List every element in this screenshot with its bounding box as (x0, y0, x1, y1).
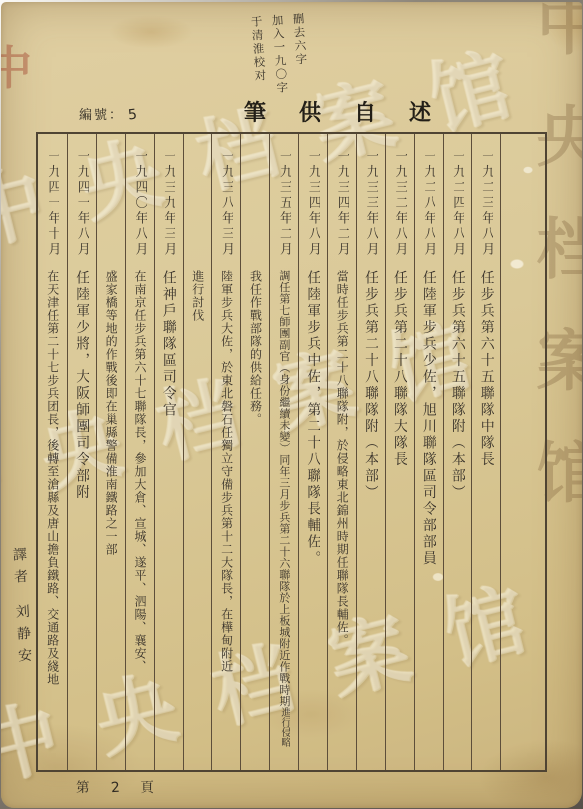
entry-column: 一九三四年八月任陸軍步兵中佐，第二十八聯隊長輔佐。 (298, 134, 327, 770)
entry-column: 一九四一年八月任陸軍少將，大阪師團司令部附 (67, 134, 96, 770)
entry-column-insert: 盛家橋等地的作戰後即在巢縣警備淮南鐵路之一部 (96, 134, 125, 770)
page-suffix: 頁 (140, 776, 154, 796)
entry-column: 一九三八年三月陸軍步兵大佐，於東北磐石任獨立守備步兵第十二大隊長，在樺甸附近 (211, 134, 240, 770)
entry-date: 一九四〇年八月 (133, 149, 147, 258)
entry-column: 一九二四年八月任步兵第六十五聯隊附（本部） (443, 134, 472, 770)
entry-text: 調任第七師團副官（身份繼續未變）同年三月步兵第二十六聯隊於上板城附近作戰時期進行… (278, 270, 290, 747)
entry-text: 任陸軍步兵中佐，第二十八聯隊長輔佐。 (306, 270, 321, 567)
entry-text: 任陸軍步兵少佐，旭川聯隊區司令部部員 (421, 270, 436, 567)
entry-column: 一九三五年二月調任第七師團副官（身份繼續未變）同年三月步兵第二十六聯隊於上板城附… (269, 134, 298, 770)
entry-column: 一九四一年十月在天津任第二十七步兵团長，後轉至滄縣及唐山擔負鐵路、交通路及綫地 (38, 134, 67, 770)
entry-date: 一九三二年八月 (393, 149, 407, 258)
entry-date: 一九四一年八月 (75, 149, 89, 258)
entry-text: 進行討伐 (191, 270, 204, 322)
entry-date: 一九三四年八月 (306, 149, 320, 258)
entry-column: 一九三九年三月任神戶聯隊區司令官 (154, 134, 183, 770)
serial-number: 編號：5 (79, 104, 137, 123)
page-footer: 第 2 頁 (76, 776, 154, 796)
translator-name: 刘静安 (14, 604, 32, 671)
entry-text: 我任作戰部隊的供給任務。 (249, 270, 262, 426)
blank-column (500, 134, 545, 770)
entry-inserted-note: 進行侵略 (279, 707, 290, 747)
entry-column: 一九四〇年八月在南京任步兵第六十七聯隊長，參加大倉、宣城、遂平、泗陽、襄安、 (125, 134, 154, 770)
entry-date: 一九四一年十月 (46, 149, 60, 258)
serial-label: 編號： (79, 108, 124, 123)
document-title: 筆供自述 (244, 96, 464, 127)
page-prefix: 第 (76, 776, 90, 796)
entry-date: 一九三九年三月 (162, 149, 176, 258)
annotation-line: 加入一九〇字 (269, 14, 291, 96)
entries-table: 一九二三年八月任步兵第六十五聯隊中隊長一九二四年八月任步兵第六十五聯隊附（本部）… (36, 132, 547, 772)
entry-text: 盛家橋等地的作戰後即在巢縣警備淮南鐵路之一部 (104, 270, 117, 556)
entry-column: 一九二八年八月任陸軍步兵少佐，旭川聯隊區司令部部員 (414, 134, 443, 770)
entry-text: 陸軍步兵大佐，於東北磐石任獨立守備步兵第十二大隊長，在樺甸附近 (220, 270, 233, 673)
entry-text: 任步兵第二十八聯隊附（本部） (363, 270, 378, 501)
entry-date: 一九三八年三月 (220, 149, 234, 258)
page-number: 2 (110, 780, 120, 797)
entry-column-insert: 我任作戰部隊的供給任務。 (240, 134, 269, 770)
entry-column: 一九三二年八月任步兵第二十八聯隊大隊長 (385, 134, 414, 770)
watermark-stamp-partial: 中 (1, 32, 32, 98)
entry-column: 一九三四年二月當時任步兵第二十八聯隊附，於侵略東北錦州時期任聯隊長輔佐。 (327, 134, 356, 770)
entry-text: 在南京任步兵第六十七聯隊長，參加大倉、宣城、遂平、泗陽、襄安、 (133, 270, 146, 673)
serial-value: 5 (127, 107, 138, 124)
proofreading-annotation: 刪去六字加入一九〇字于清淮校对 (248, 12, 312, 97)
entry-column: 一九三三年八月任步兵第二十八聯隊附（本部） (356, 134, 385, 770)
document-page: 中央档案馆 中央档案馆 中央档案馆 中央档案馆 中 刪去六字加入一九〇字于清淮校… (1, 2, 582, 808)
entry-date: 一九二三年八月 (480, 149, 494, 258)
entry-text: 任步兵第二十八聯隊大隊長 (392, 270, 407, 468)
entry-column-insert: 進行討伐 (183, 134, 212, 770)
entry-date: 一九三五年二月 (277, 149, 291, 258)
entry-date: 一九三三年八月 (364, 149, 378, 258)
entry-text: 任步兵第六十五聯隊附（本部） (450, 270, 465, 501)
translator-signature: 譯者 刘静安 (11, 547, 32, 671)
entry-text: 在天津任第二十七步兵团長，後轉至滄縣及唐山擔負鐵路、交通路及綫地 (46, 270, 59, 686)
entry-date: 一九二八年八月 (422, 149, 436, 258)
entry-text: 當時任步兵第二十八聯隊附，於侵略東北錦州時期任聯隊長輔佐。 (336, 270, 349, 647)
annotation-line: 于清淮校对 (248, 15, 270, 97)
entry-column: 一九二三年八月任步兵第六十五聯隊中隊長 (471, 134, 500, 770)
entry-date: 一九二四年八月 (451, 149, 465, 258)
entry-text: 任神戶聯隊區司令官 (161, 270, 176, 419)
annotation-line: 刪去六字 (290, 12, 312, 94)
translator-label: 譯者 (11, 547, 28, 592)
entry-text: 任步兵第六十五聯隊中隊長 (479, 270, 494, 468)
entry-date: 一九三四年二月 (335, 149, 349, 258)
entry-text: 任陸軍少將，大阪師團司令部附 (75, 270, 90, 501)
